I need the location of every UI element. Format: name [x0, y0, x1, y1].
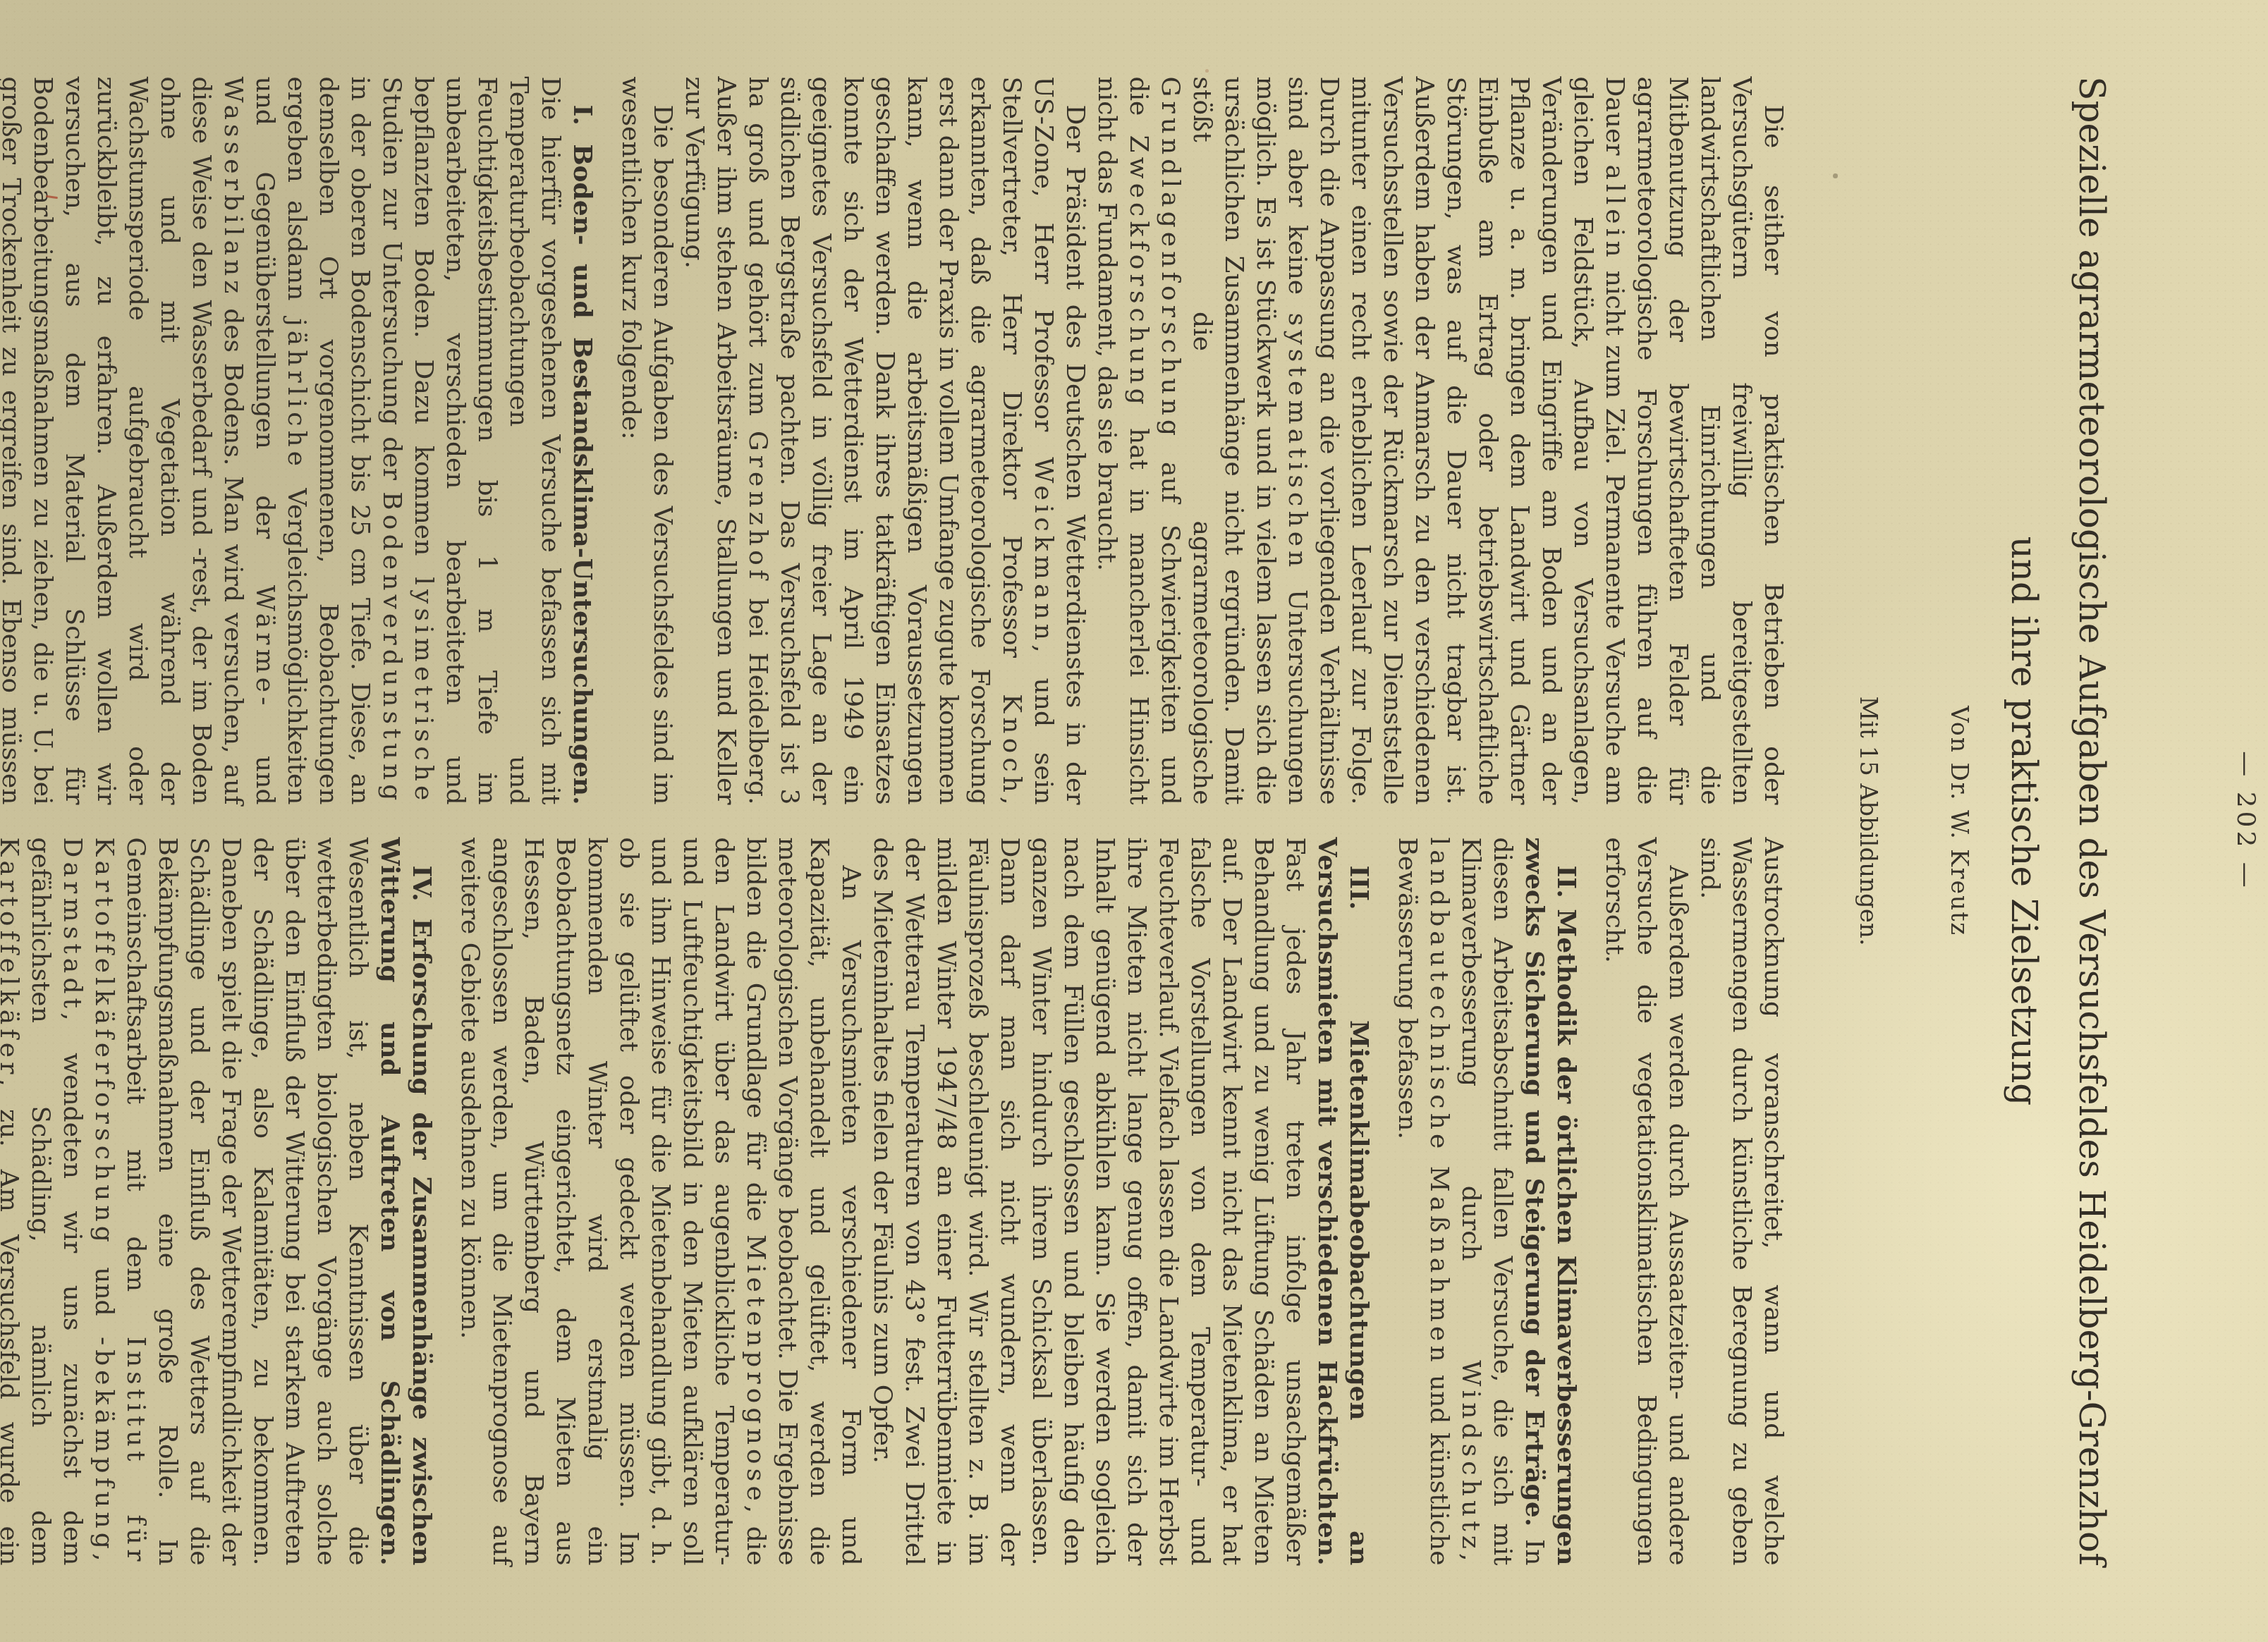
text-segment: lysimetrische [409, 577, 438, 804]
run-in-heading: III. Mietenklimabeobachtungen an Versuch… [1312, 838, 1374, 1566]
text-segment: Studien zur Untersuchung der [377, 77, 406, 492]
text-segment: Kartoffelkäfer [0, 838, 23, 1079]
text-segment: Weickmann [1029, 457, 1058, 644]
body-paragraph: Außerdem werden durch Aussaatzeiten- und… [1599, 838, 1694, 1566]
body-paragraph: Der Präsident des Deutschen Wetterdienst… [678, 77, 1091, 805]
text-segment: Fast jedes Jahr treten infolge unsachgem… [868, 838, 1310, 1566]
text-segment: Knoch [997, 694, 1026, 797]
text-segment: Wärme- [250, 585, 279, 710]
article-title: Spezielle agrarmeteorologische Aufgaben … [1990, 0, 2126, 1642]
text-segment: , erkannten, daß die agrarmeteorologisch… [743, 77, 1026, 805]
byline: Von Dr. W. Kreutz [1946, 0, 1973, 1642]
text-segment: nicht zum Ziel. Permanente Versuche am g… [1283, 77, 1629, 805]
run-in-heading: I. Boden- und Bestandsklima-Untersuchung… [568, 105, 597, 805]
text-segment: Wasserbilanz [219, 77, 248, 298]
illustrations-note: Mit 15 Abbildungen. [1854, 0, 1882, 1642]
text-segment: Grundlagenforschung [1156, 77, 1185, 441]
page-number: — 202 — [2230, 0, 2261, 1642]
paper-fleck-rust [1205, 69, 1209, 73]
text-segment: jährliche [282, 318, 311, 470]
title-line-2: und ihre praktische Zielsetzung [1990, 0, 2058, 1642]
text-segment: Grenzhof [743, 431, 772, 584]
text-segment: und [90, 1246, 118, 1337]
text-segment: Wesentlich ist, neben Kenntnissen über d… [121, 838, 372, 1566]
text-segment: Außerdem werden durch Aussaatzeiten- und… [1600, 838, 1693, 1566]
section-paragraph: II. Methodik der örtlichen Klimaverbesse… [1391, 838, 1582, 1566]
text-segment: allein [1600, 165, 1629, 262]
text-segment: des Bodens. Man wird versuchen, auf dies… [0, 77, 248, 805]
scanned-page-viewport: — 202 — Spezielle agrarmeteorologische A… [0, 0, 2268, 1642]
page-rotator: — 202 — Spezielle agrarmeteorologische A… [0, 0, 2268, 1642]
text-segment: und [250, 710, 279, 805]
title-line-1: Spezielle agrarmeteorologische Aufgaben … [2058, 0, 2126, 1642]
body-paragraph: An Versuchsmieten verschiedener Form und… [454, 838, 867, 1566]
text-segment: Bodenverdunstung [377, 491, 406, 804]
body-paragraph: Die seither von praktischen Betrieben od… [1091, 77, 1789, 805]
run-in-heading: II. Methodik der örtlichen Klimaverbesse… [1520, 838, 1581, 1566]
run-in-heading: IV. Erforschung der Zusammenhänge zwisch… [375, 838, 437, 1566]
text-segment: , die den Landwirt über das augenblickli… [456, 838, 770, 1566]
text-segment: systematischen [1283, 313, 1312, 572]
text-segment: Die besonderen Aufgaben des Versuchsfeld… [616, 77, 677, 805]
text-segment: , zu. Am Versuchsfeld wurde ein [0, 1078, 23, 1565]
text-segment: Zweckforschung [1124, 135, 1153, 409]
text-segment: Mietenprognose [741, 1234, 770, 1505]
article-body: Die seither von praktischen Betrieben od… [0, 77, 1789, 1566]
body-paragraph: Die besonderen Aufgaben des Versuchsfeld… [615, 77, 678, 805]
section-paragraph: IV. Erforschung der Zusammenhänge zwisch… [0, 838, 437, 1566]
document-page: — 202 — Spezielle agrarmeteorologische A… [0, 0, 2268, 1642]
section-paragraph: III. Mietenklimabeobachtungen an Versuch… [867, 838, 1374, 1566]
paper-fleck-dark [1833, 173, 1838, 178]
